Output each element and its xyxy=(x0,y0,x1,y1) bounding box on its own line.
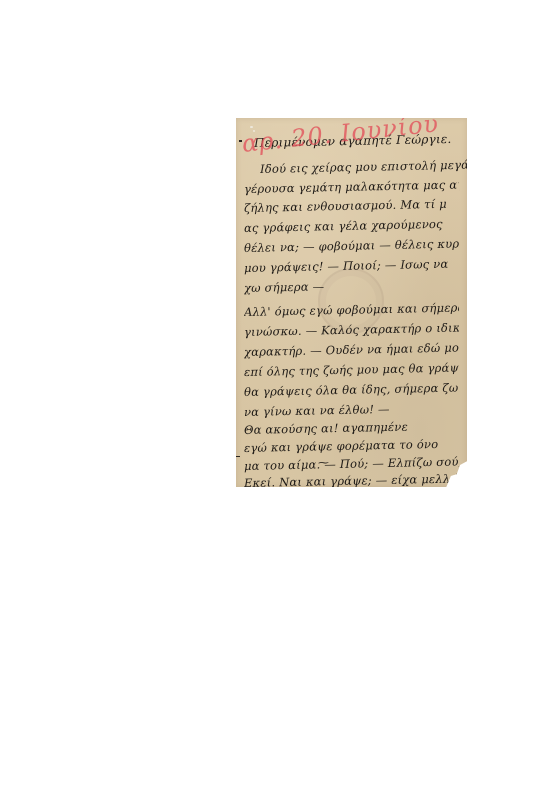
red-date-annotation: αρ. 20. Ιουνίου xyxy=(241,109,441,158)
letter-line: επί όλης της ζωής μου μας θα γράψεις xyxy=(244,360,459,378)
ink-mark xyxy=(236,456,240,457)
letter-line: μου γράψεις! — Ποιοί; — Ισως να xyxy=(244,256,459,274)
letter-line: Ιδού εις χείρας μου επιστολή μεγάλης xyxy=(260,157,475,175)
letter-line: ας γράφεις και γέλα χαρούμενος xyxy=(244,216,459,234)
letter-line: Αλλ' όμως εγώ φοβούμαι και σήμερα τα xyxy=(244,300,459,318)
letter-line: θα γράψεις όλα θα ίδης, σήμερα ζωντανό xyxy=(244,380,459,398)
letter-line: εγώ και γράψε φορέματα το όνο xyxy=(244,436,459,454)
letter-line: θέλει να; — φοβούμαι — θέλεις κυρίως xyxy=(244,236,459,254)
paper-speck xyxy=(250,126,253,128)
letter-line: να γίνω και να έλθω! — xyxy=(244,400,459,418)
letter-line: ζήλης και ενθουσιασμού. Μα τί μ xyxy=(244,196,459,214)
letter-line: Θα ακούσης αι! αγαπημένε xyxy=(244,418,459,436)
letter-line: Εκεί. Ναι και γράψε; — είχα μελλών xyxy=(244,471,459,489)
scanned-letter-page: Περιμένομεν αγαπητέ Γεώργιε. αρ. 20. Ιου… xyxy=(236,118,467,487)
letter-line: χαρακτήρ. — Ουδέν να ήμαι εδώ μοναχός xyxy=(244,340,459,358)
letter-line: γινώσκω. — Καλός χαρακτήρ ο ιδικός xyxy=(244,320,459,338)
letter-line: χω σήμερα — xyxy=(244,276,459,294)
letter-line: μα του αίμα. — Πού; — Ελπίζω σού; xyxy=(244,454,459,472)
letter-line: γέρουσα γεμάτη μαλακότητα μας αγάπης xyxy=(244,177,459,195)
closing-flourish: ⁓ xyxy=(318,456,329,469)
